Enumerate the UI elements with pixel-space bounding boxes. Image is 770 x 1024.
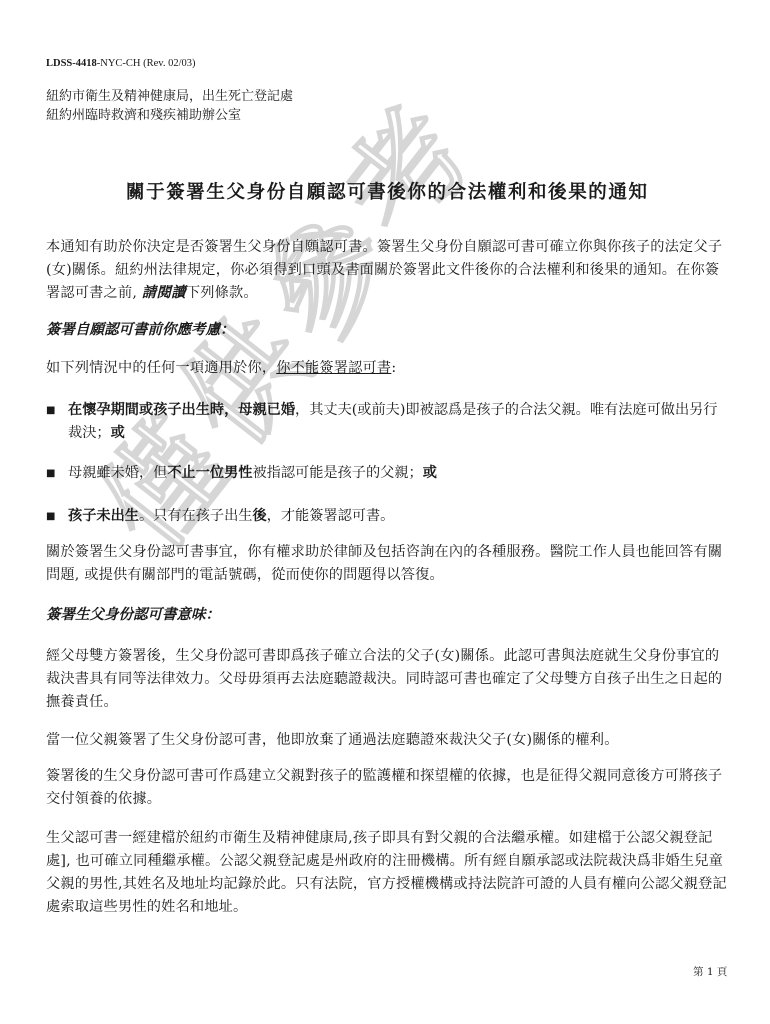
document-title: 關于簽署生父身份自願認可書後你的合法權利和後果的通知: [126, 178, 666, 204]
meaning-paragraph-3: 簽署後的生父身份認可書可作爲建立父親對孩子的監護權和探望權的依據，也是征得父親同…: [46, 765, 728, 811]
services-paragraph: 關於簽署生父身份認可書事宜，你有權求助於律師及包括咨詢在內的各種服務。醫院工作人…: [46, 541, 728, 587]
bullet-item-1: ■ 在懷孕期間或孩子出生時，母親已婚，其丈夫(或前夫)即被認爲是孩子的合法父親。…: [46, 399, 728, 445]
bullet-2-text-a: 母親雖未婚，但: [68, 465, 167, 481]
meaning-paragraph-2: 當一位父親簽署了生父身份認可書，他即放棄了通過法庭聽證來裁決父子(女)關係的權利…: [46, 729, 728, 752]
bullet-2-bold: 不止一位男性: [167, 465, 252, 481]
meaning-paragraph-1: 經父母雙方簽署後，生父身份認可書即爲孩子確立合法的父子(女)關係。此認可書與法庭…: [46, 645, 728, 714]
bullet-1-or: 或: [111, 425, 125, 441]
bullet-2-text-b: 被指認可能是孩子的父親；: [252, 465, 422, 481]
form-id-revision: -NYC-CH (Rev. 02/03): [97, 58, 196, 69]
meaning-paragraph-4: 生父認可書一經建檔於紐約市衛生及精神健康局,孩子即具有對父親的合法繼承權。如建檔…: [46, 827, 728, 919]
bullet-square-icon: ■: [46, 505, 55, 528]
bullet-3-bold-after: 後: [252, 508, 266, 524]
bullet-3-text-b: ，才能簽署認可書。: [267, 508, 395, 524]
lead-underlined: 你不能簽署認可書: [276, 360, 391, 376]
document-page: 僅供參考 LDSS-4418-NYC-CH (Rev. 02/03) 紐約市衛生…: [0, 0, 770, 1024]
section1-lead: 如下列情況中的任何一項適用於你，你不能簽署認可書:: [46, 357, 728, 380]
form-id-code: LDSS-4418: [46, 58, 97, 69]
bullet-1-bold: 在懷孕期間或孩子出生時，母親已婚: [68, 402, 295, 418]
lead-tail: :: [391, 360, 396, 376]
bullet-2-or: 或: [423, 465, 437, 481]
bullet-square-icon: ■: [46, 462, 55, 485]
bullet-3-text-a: 。只有在孩子出生: [139, 508, 253, 524]
bullet-item-2: ■ 母親雖未婚，但不止一位男性被指認可能是孩子的父親；或: [46, 462, 728, 485]
form-id: LDSS-4418-NYC-CH (Rev. 02/03): [46, 58, 196, 69]
page-number: 第 1 頁: [693, 964, 727, 979]
bullet-item-3: ■ 孩子未出生。只有在孩子出生後，才能簽署認可書。: [46, 505, 728, 528]
intro-emphasis: 請閱讀: [142, 285, 186, 301]
section1-heading: 簽署自願認可書前你應考慮：: [46, 320, 728, 340]
agency-block: 紐約市衛生及精神健康局，出生死亡登記處 紐約州臨時救濟和殘疾補助辦公室: [46, 87, 293, 125]
intro-tail: 下列條款。: [186, 285, 258, 301]
lead-text: 如下列情況中的任何一項適用於你，: [46, 360, 276, 376]
agency-line-2: 紐約州臨時救濟和殘疾補助辦公室: [46, 106, 293, 125]
bullet-3-bold: 孩子未出生: [68, 508, 139, 524]
section2-heading: 簽署生父身份認可書意味：: [46, 605, 728, 625]
bullet-square-icon: ■: [46, 399, 55, 422]
intro-paragraph: 本通知有助於你決定是否簽署生父身份自願認可書。簽署生父身份自願認可書可確立你與你…: [46, 236, 728, 305]
agency-line-1: 紐約市衛生及精神健康局，出生死亡登記處: [46, 87, 293, 106]
